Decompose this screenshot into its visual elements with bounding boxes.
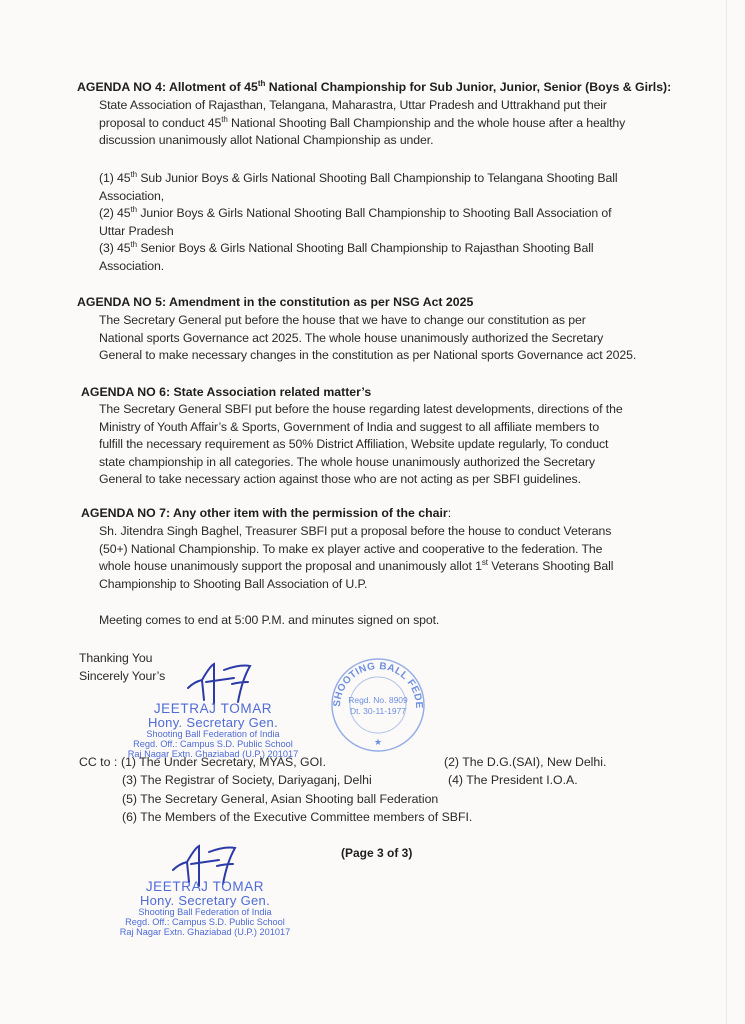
body-line: (50+) National Championship. To make ex …: [99, 541, 719, 559]
body-line: proposal to conduct 45th National Shooti…: [99, 115, 719, 133]
body-line: General to make necessary changes in the…: [99, 347, 719, 365]
agenda-7-heading: AGENDA NO 7: Any other item with the per…: [81, 505, 451, 523]
closing-note: Meeting comes to end at 5:00 P.M. and mi…: [99, 612, 719, 630]
body-line: The Secretary General put before the hou…: [99, 312, 719, 330]
allotment-item-line: (3) 45th Senior Boys & Girls National Sh…: [99, 240, 719, 258]
cc-item-5: (5) The Secretary General, Asian Shootin…: [122, 791, 438, 809]
salutation-line-1: Thanking You: [79, 650, 165, 668]
body-line: whole house unanimously support the prop…: [99, 558, 719, 576]
page-number: (Page 3 of 3): [341, 845, 412, 863]
signature-block-2: JEETRAJ TOMAR Hony. Secretary Gen. Shoot…: [100, 880, 310, 937]
agenda-6-heading: AGENDA NO 6: State Association related m…: [81, 384, 371, 402]
salutation-line-2: Sincerely Your’s: [79, 668, 165, 686]
body-line: Championship to Shooting Ball Associatio…: [99, 576, 719, 594]
body-line: National sports Governance act 2025. The…: [99, 330, 719, 348]
agenda-6-body: The Secretary General SBFI put before th…: [99, 401, 719, 489]
document-page: AGENDA NO 4: Allotment of 45th National …: [0, 0, 745, 1024]
cc-item-1: (1) The Under Secretary, MYAS, GOI.: [121, 754, 326, 772]
body-line: General to take necessary action against…: [99, 471, 719, 489]
signature-block-1: JEETRAJ TOMAR Hony. Secretary Gen. Shoot…: [108, 702, 318, 759]
body-line: State Association of Rajasthan, Telangan…: [99, 97, 719, 115]
allotment-item-line: Association,: [99, 188, 719, 206]
agenda-4-body: State Association of Rajasthan, Telangan…: [99, 97, 719, 150]
allotment-item-line: (2) 45th Junior Boys & Girls National Sh…: [99, 205, 719, 223]
cc-item-3: (3) The Registrar of Society, Dariyaganj…: [122, 772, 372, 790]
svg-text:★: ★: [374, 737, 382, 747]
allotment-item-line: (1) 45th Sub Junior Boys & Girls Nationa…: [99, 170, 719, 188]
agenda-4-heading: AGENDA NO 4: Allotment of 45th National …: [77, 79, 671, 97]
federation-stamp: SHOOTING BALL FEDERATION OF INDIA Regd. …: [318, 647, 438, 757]
agenda-7-body: Sh. Jitendra Singh Baghel, Treasurer SBF…: [99, 523, 719, 593]
agenda-5-body: The Secretary General put before the hou…: [99, 312, 719, 365]
agenda-4-allotment-list: (1) 45th Sub Junior Boys & Girls Nationa…: [99, 170, 719, 275]
svg-text:Regd. No. 8909: Regd. No. 8909: [348, 695, 408, 705]
cc-item-2: (2) The D.G.(SAI), New Delhi.: [444, 754, 606, 772]
body-line: Ministry of Youth Affair’s & Sports, Gov…: [99, 419, 719, 437]
cc-item-4: (4) The President I.O.A.: [448, 772, 578, 790]
allotment-item-line: Association.: [99, 258, 719, 276]
cc-label: CC to :: [79, 754, 117, 772]
svg-text:Dt. 30-11-1977: Dt. 30-11-1977: [350, 706, 406, 716]
salutation: Thanking You Sincerely Your’s: [79, 650, 165, 685]
cc-item-6: (6) The Members of the Executive Committ…: [122, 809, 472, 827]
body-line: state championship in all categories. Th…: [99, 454, 719, 472]
agenda-5-heading: AGENDA NO 5: Amendment in the constituti…: [77, 294, 473, 312]
body-line: discussion unanimously allot National Ch…: [99, 132, 719, 150]
body-line: The Secretary General SBFI put before th…: [99, 401, 719, 419]
allotment-item-line: Uttar Pradesh: [99, 223, 719, 241]
body-line: fulfill the necessary requirement as 50%…: [99, 436, 719, 454]
page-edge: [726, 0, 727, 1024]
body-line: Sh. Jitendra Singh Baghel, Treasurer SBF…: [99, 523, 719, 541]
